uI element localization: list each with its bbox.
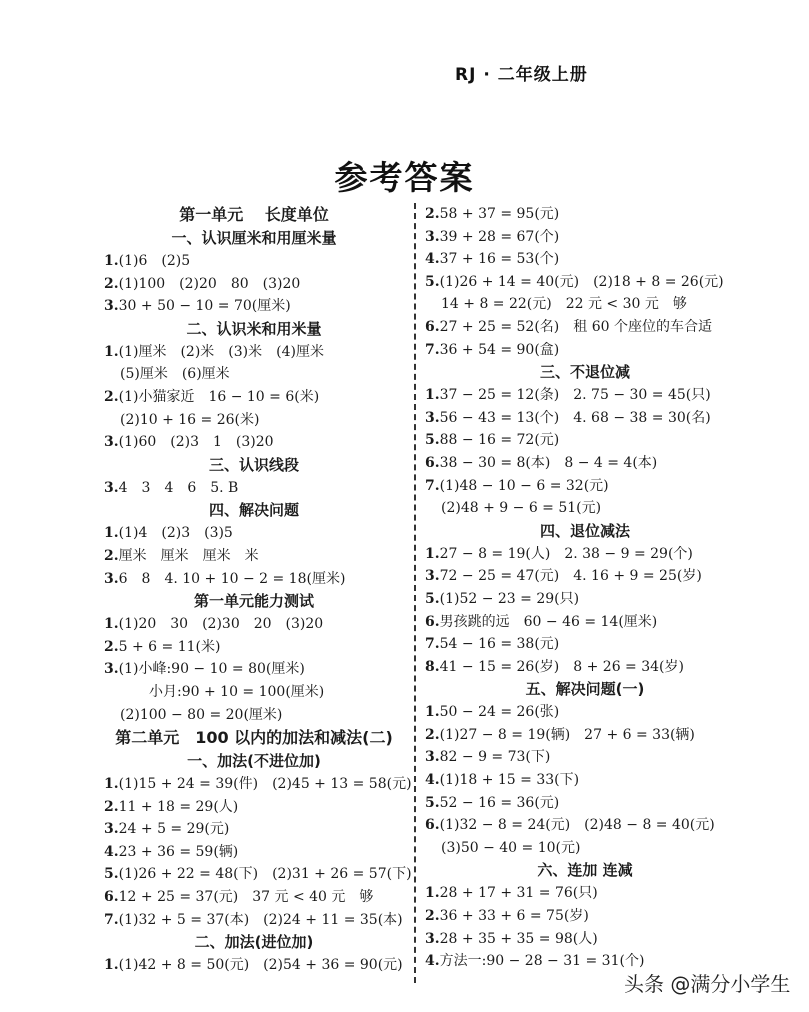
answer-text: 14 + 8 = 22(元) 22 元 < 30 元 够 — [441, 296, 687, 312]
answer-text: (5)厘米 (6)厘米 — [120, 366, 230, 382]
question-number: 3. — [104, 434, 119, 450]
answer-text: 23 + 36 = 59(辆) — [119, 844, 239, 860]
answer-text: (1)26 + 22 = 48(下) (2)31 + 26 = 57(下) — [119, 866, 412, 882]
answer-text: (1)26 + 14 = 40(元) (2)18 + 8 = 26(元) — [440, 274, 724, 290]
answer-text: 24 + 5 = 29(元) — [119, 821, 230, 837]
answer-text: 82 − 9 = 73(下) — [440, 749, 551, 765]
answer-text: (1)100 (2)20 80 (3)20 — [119, 276, 301, 292]
answer-line: 3.56 − 43 = 13(个) 4. 68 − 38 = 30(名) — [425, 407, 745, 430]
answer-text: (1)15 + 24 = 39(件) (2)45 + 13 = 58(元) — [119, 776, 412, 792]
answer-line: 1.50 − 24 = 26(张) — [425, 701, 745, 724]
answer-line: 2.11 + 18 = 29(人) — [104, 796, 404, 819]
question-number: 6. — [425, 319, 440, 335]
answer-line: 3.6 8 4. 10 + 10 − 2 = 18(厘米) — [104, 568, 404, 591]
question-number: 1. — [104, 957, 119, 973]
answer-text: 56 − 43 = 13(个) 4. 68 − 38 = 30(名) — [440, 410, 711, 426]
question-number: 5. — [425, 795, 440, 811]
section-heading: 四、解决问题 — [104, 499, 404, 522]
answer-line: 14 + 8 = 22(元) 22 元 < 30 元 够 — [425, 293, 745, 316]
answer-line: 4.(1)18 + 15 = 33(下) — [425, 769, 745, 792]
question-number: 3. — [104, 661, 119, 677]
answer-line: 3.24 + 5 = 29(元) — [104, 818, 404, 841]
answer-text: 小月:90 + 10 = 100(厘米) — [149, 684, 324, 700]
answer-text: (1)6 (2)5 — [119, 253, 190, 269]
section-heading: 一、加法(不进位加) — [104, 750, 404, 773]
answer-text: (2)48 + 9 − 6 = 51(元) — [441, 500, 601, 516]
answer-line: 3.82 − 9 = 73(下) — [425, 746, 745, 769]
question-number: 3. — [104, 571, 119, 587]
answer-text: 50 − 24 = 26(张) — [440, 704, 560, 720]
answer-line: 2.58 + 37 = 95(元) — [425, 203, 745, 226]
answer-line: (5)厘米 (6)厘米 — [104, 363, 404, 386]
answer-text: 11 + 18 = 29(人) — [119, 799, 239, 815]
answer-text: 30 + 50 − 10 = 70(厘米) — [119, 298, 291, 314]
answer-text: 方法一:90 − 28 − 31 = 31(个) — [440, 953, 645, 969]
answer-text: (1)小峰:90 − 10 = 80(厘米) — [119, 661, 305, 677]
answer-text: (1)18 + 15 = 33(下) — [440, 772, 579, 788]
question-number: 2. — [104, 389, 119, 405]
answer-text: 58 + 37 = 95(元) — [440, 206, 560, 222]
answer-line: 3.(1)60 (2)3 1 (3)20 — [104, 431, 404, 454]
question-number: 2. — [425, 206, 440, 222]
question-number: 1. — [425, 704, 440, 720]
answer-text: (1)27 − 8 = 19(辆) 27 + 6 = 33(辆) — [440, 727, 695, 743]
answer-text: 12 + 25 = 37(元) 37 元 < 40 元 够 — [119, 889, 374, 905]
answer-text: 41 − 15 = 26(岁) 8 + 26 = 34(岁) — [440, 659, 684, 675]
answer-line: 2.(1)27 − 8 = 19(辆) 27 + 6 = 33(辆) — [425, 724, 745, 747]
answer-text: (1)厘米 (2)米 (3)米 (4)厘米 — [119, 344, 324, 360]
answer-text: (1)小猫家近 16 − 10 = 6(米) — [119, 389, 320, 405]
answer-line: 7.54 − 16 = 38(元) — [425, 633, 745, 656]
answer-line: 5.(1)26 + 14 = 40(元) (2)18 + 8 = 26(元) — [425, 271, 745, 294]
answer-text: (2)10 + 16 = 26(米) — [120, 412, 259, 428]
question-number: 4. — [425, 251, 440, 267]
answer-text: 28 + 35 + 35 = 98(人) — [440, 931, 598, 947]
answer-line: (2)10 + 16 = 26(米) — [104, 409, 404, 432]
right-answer-column: 2.58 + 37 = 95(元)3.39 + 28 = 67(个)4.37 +… — [425, 203, 745, 973]
question-number: 8. — [425, 659, 440, 675]
question-number: 2. — [104, 799, 119, 815]
question-number: 6. — [104, 889, 119, 905]
answer-line: 5.(1)52 − 23 = 29(只) — [425, 588, 745, 611]
question-number: 7. — [425, 342, 440, 358]
section-heading: 一、认识厘米和用厘米量 — [104, 227, 404, 250]
answer-line: 8.41 − 15 = 26(岁) 8 + 26 = 34(岁) — [425, 656, 745, 679]
answer-text: 72 − 25 = 47(元) 4. 16 + 9 = 25(岁) — [440, 568, 702, 584]
question-number: 4. — [104, 844, 119, 860]
unit-heading: 第一单元 长度单位 — [104, 203, 404, 227]
question-number: 4. — [425, 953, 440, 969]
answer-line: 6.男孩跳的远 60 − 46 = 14(厘米) — [425, 611, 745, 634]
answer-text: (1)42 + 8 = 50(元) (2)54 + 36 = 90(元) — [119, 957, 403, 973]
question-number: 3. — [425, 568, 440, 584]
answer-line: 7.36 + 54 = 90(盒) — [425, 339, 745, 362]
answer-text: 52 − 16 = 36(元) — [440, 795, 560, 811]
question-number: 2. — [104, 276, 119, 292]
answer-line: (2)100 − 80 = 20(厘米) — [104, 704, 404, 727]
answer-text: 36 + 33 + 6 = 75(岁) — [440, 908, 589, 924]
answer-line: 6.27 + 25 = 52(名) 租 60 个座位的车合适 — [425, 316, 745, 339]
answer-text: 27 + 25 = 52(名) 租 60 个座位的车合适 — [440, 319, 712, 335]
answer-text: (1)52 − 23 = 29(只) — [440, 591, 579, 607]
answer-text: 37 − 25 = 12(条) 2. 75 − 30 = 45(只) — [440, 387, 711, 403]
section-heading: 三、认识线段 — [104, 454, 404, 477]
question-number: 3. — [425, 410, 440, 426]
answer-line: 3.28 + 35 + 35 = 98(人) — [425, 928, 745, 951]
question-number: 3. — [425, 749, 440, 765]
answer-line: 7.(1)48 − 10 − 6 = 32(元) — [425, 475, 745, 498]
answer-line: 6.(1)32 − 8 = 24(元) (2)48 − 8 = 40(元) — [425, 814, 745, 837]
answer-text: (1)20 30 (2)30 20 (3)20 — [119, 616, 324, 632]
answer-line: 6.12 + 25 = 37(元) 37 元 < 40 元 够 — [104, 886, 404, 909]
page-title: 参考答案 — [0, 152, 809, 199]
question-number: 2. — [425, 908, 440, 924]
answer-line: 4.37 + 16 = 53(个) — [425, 248, 745, 271]
section-heading: 第一单元能力测试 — [104, 590, 404, 613]
question-number: 3. — [425, 931, 440, 947]
question-number: 3. — [104, 298, 119, 314]
answer-text: 27 − 8 = 19(人) 2. 38 − 9 = 29(个) — [440, 546, 693, 562]
answer-text: 36 + 54 = 90(盒) — [440, 342, 560, 358]
question-number: 5. — [425, 432, 440, 448]
answer-line: 5.88 − 16 = 72(元) — [425, 429, 745, 452]
answer-text: (1)32 − 8 = 24(元) (2)48 − 8 = 40(元) — [440, 817, 715, 833]
question-number: 5. — [104, 866, 119, 882]
answer-text: (1)4 (2)3 (3)5 — [119, 525, 233, 541]
question-number: 2. — [104, 639, 119, 655]
answer-text: 厘米 厘米 厘米 米 — [119, 548, 259, 564]
book-edition-tag: RJ · 二年级上册 — [455, 60, 588, 85]
question-number: 3. — [104, 821, 119, 837]
answer-line: 2.5 + 6 = 11(米) — [104, 636, 404, 659]
question-number: 6. — [425, 817, 440, 833]
answer-line: 2.(1)小猫家近 16 − 10 = 6(米) — [104, 386, 404, 409]
question-number: 2. — [425, 727, 440, 743]
answer-line: 小月:90 + 10 = 100(厘米) — [104, 681, 404, 704]
answer-line: 1.(1)厘米 (2)米 (3)米 (4)厘米 — [104, 341, 404, 364]
answer-line: 7.(1)32 + 5 = 37(本) (2)24 + 11 = 35(本) — [104, 909, 404, 932]
question-number: 7. — [104, 912, 119, 928]
question-number: 3. — [425, 229, 440, 245]
answer-line: 2.36 + 33 + 6 = 75(岁) — [425, 905, 745, 928]
answer-line: 5.52 − 16 = 36(元) — [425, 792, 745, 815]
answer-line: 6.38 − 30 = 8(本) 8 − 4 = 4(本) — [425, 452, 745, 475]
answer-text: 4 3 4 6 5. B — [119, 480, 239, 496]
section-heading: 二、认识米和用米量 — [104, 318, 404, 341]
column-divider — [414, 203, 416, 983]
section-heading: 三、不退位减 — [425, 361, 745, 384]
answer-text: 88 − 16 = 72(元) — [440, 432, 560, 448]
question-number: 7. — [425, 636, 440, 652]
question-number: 6. — [425, 614, 440, 630]
question-number: 4. — [425, 772, 440, 788]
answer-text: 54 − 16 = 38(元) — [440, 636, 560, 652]
answer-line: 2.(1)100 (2)20 80 (3)20 — [104, 273, 404, 296]
answer-line: (2)48 + 9 − 6 = 51(元) — [425, 497, 745, 520]
answer-line: 2.厘米 厘米 厘米 米 — [104, 545, 404, 568]
answer-text: (2)100 − 80 = 20(厘米) — [120, 707, 282, 723]
answer-line: 5.(1)26 + 22 = 48(下) (2)31 + 26 = 57(下) — [104, 863, 404, 886]
question-number: 1. — [104, 525, 119, 541]
question-number: 5. — [425, 591, 440, 607]
answer-text: (1)32 + 5 = 37(本) (2)24 + 11 = 35(本) — [119, 912, 403, 928]
answer-line: 1.(1)6 (2)5 — [104, 250, 404, 273]
question-number: 7. — [425, 478, 440, 494]
section-heading: 二、加法(进位加) — [104, 931, 404, 954]
question-number: 1. — [104, 344, 119, 360]
section-heading: 四、退位减法 — [425, 520, 745, 543]
answer-line: 1.37 − 25 = 12(条) 2. 75 − 30 = 45(只) — [425, 384, 745, 407]
answer-text: 38 − 30 = 8(本) 8 − 4 = 4(本) — [440, 455, 658, 471]
answer-text: 39 + 28 = 67(个) — [440, 229, 560, 245]
watermark: 头条 @满分小学生 — [622, 968, 792, 997]
unit-heading: 第二单元 100 以内的加法和减法(二) — [104, 726, 404, 750]
answer-text: 37 + 16 = 53(个) — [440, 251, 560, 267]
question-number: 1. — [104, 616, 119, 632]
answer-line: 3.(1)小峰:90 − 10 = 80(厘米) — [104, 658, 404, 681]
left-answer-column: 第一单元 长度单位一、认识厘米和用厘米量1.(1)6 (2)52.(1)100 … — [104, 203, 404, 977]
question-number: 6. — [425, 455, 440, 471]
question-number: 1. — [425, 387, 440, 403]
answer-line: 1.28 + 17 + 31 = 76(只) — [425, 882, 745, 905]
question-number: 3. — [104, 480, 119, 496]
question-number: 2. — [104, 548, 119, 564]
section-heading: 五、解决问题(一) — [425, 678, 745, 701]
answer-line: 4.23 + 36 = 59(辆) — [104, 841, 404, 864]
section-heading: 六、连加 连减 — [425, 859, 745, 882]
answer-text: 28 + 17 + 31 = 76(只) — [440, 885, 598, 901]
question-number: 1. — [104, 776, 119, 792]
answer-line: 1.(1)15 + 24 = 39(件) (2)45 + 13 = 58(元) — [104, 773, 404, 796]
question-number: 5. — [425, 274, 440, 290]
answer-line: 3.30 + 50 − 10 = 70(厘米) — [104, 295, 404, 318]
answer-line: 1.(1)42 + 8 = 50(元) (2)54 + 36 = 90(元) — [104, 954, 404, 977]
answer-text: 5 + 6 = 11(米) — [119, 639, 221, 655]
answer-line: (3)50 − 40 = 10(元) — [425, 837, 745, 860]
answer-text: (3)50 − 40 = 10(元) — [441, 840, 580, 856]
answer-text: 男孩跳的远 60 − 46 = 14(厘米) — [440, 614, 658, 630]
answer-line: 1.(1)20 30 (2)30 20 (3)20 — [104, 613, 404, 636]
answer-line: 3.4 3 4 6 5. B — [104, 477, 404, 500]
answer-text: 6 8 4. 10 + 10 − 2 = 18(厘米) — [119, 571, 346, 587]
answer-line: 3.39 + 28 = 67(个) — [425, 226, 745, 249]
question-number: 1. — [104, 253, 119, 269]
answer-line: 3.72 − 25 = 47(元) 4. 16 + 9 = 25(岁) — [425, 565, 745, 588]
answer-text: (1)60 (2)3 1 (3)20 — [119, 434, 274, 450]
question-number: 1. — [425, 885, 440, 901]
question-number: 1. — [425, 546, 440, 562]
answer-text: (1)48 − 10 − 6 = 32(元) — [440, 478, 609, 494]
answer-line: 1.27 − 8 = 19(人) 2. 38 − 9 = 29(个) — [425, 543, 745, 566]
answer-line: 1.(1)4 (2)3 (3)5 — [104, 522, 404, 545]
